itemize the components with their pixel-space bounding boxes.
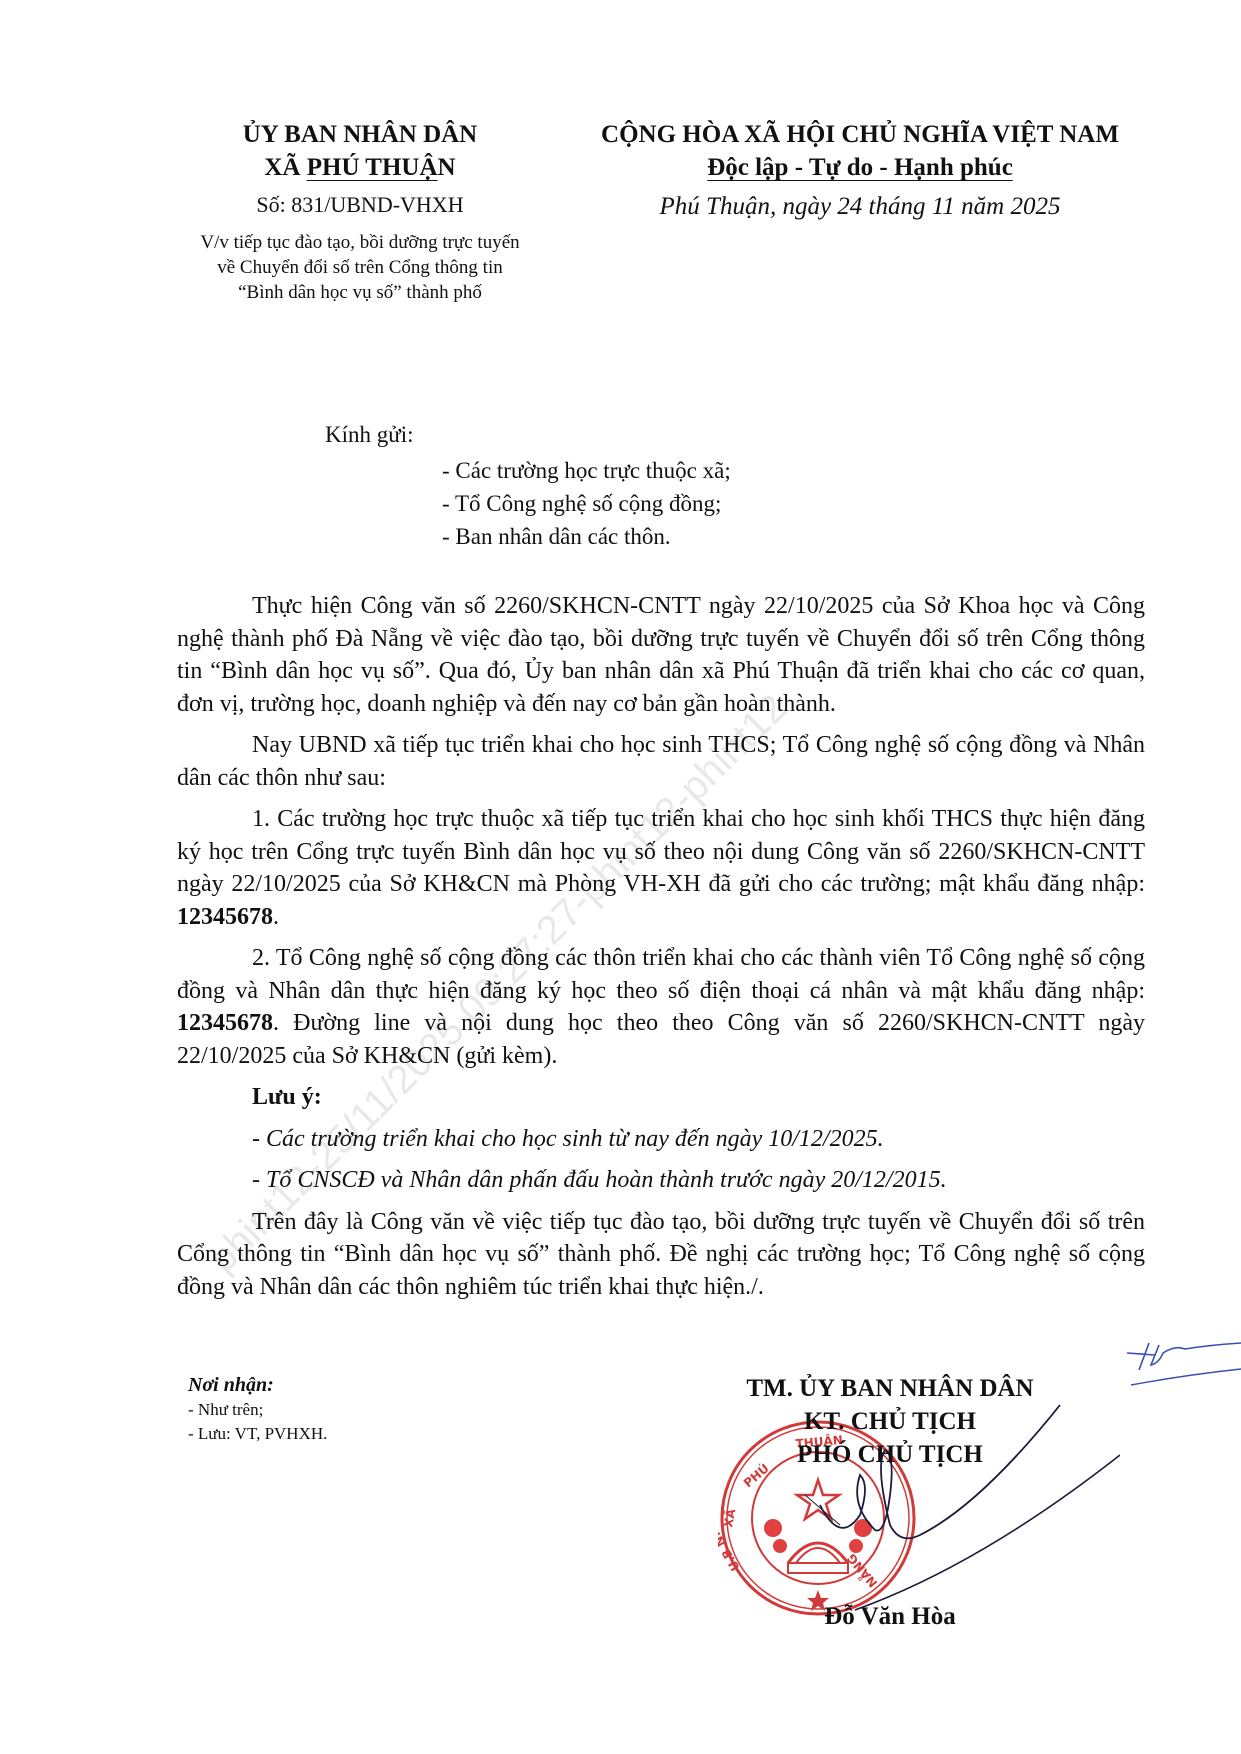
signature-block: TM. ỦY BAN NHÂN DÂN KT. CHỦ TỊCH PHÓ CHỦ… — [700, 1372, 1080, 1471]
nation-title: CỘNG HÒA XÃ HỘI CHỦ NGHĨA VIỆT NAM — [555, 118, 1165, 151]
password-value: 12345678 — [177, 904, 273, 930]
paragraph-intro: Thực hiện Công văn số 2260/SKHCN-CNTT ng… — [177, 590, 1145, 720]
document-page: phint12-25/11/2025 09:27:27-phint12-phin… — [0, 0, 1241, 1754]
sign-title: PHÓ CHỦ TỊCH — [700, 1438, 1080, 1471]
document-number: Số: 831/UBND-VHXH — [180, 190, 540, 220]
item-2-text: 2. Tổ Công nghệ số cộng đồng các thôn tr… — [177, 945, 1145, 1004]
item-1-text: 1. Các trường học trực thuộc xã tiếp tục… — [177, 806, 1145, 897]
org-line2-suffix: N — [438, 154, 456, 181]
paragraph-plan: Nay UBND xã tiếp tục triển khai cho học … — [177, 729, 1145, 794]
issuing-authority-block: ỦY BAN NHÂN DÂN XÃ PHÚ THUẬN Số: 831/UBN… — [180, 118, 540, 305]
org-name-line2: XÃ PHÚ THUẬN — [180, 151, 540, 184]
document-subject: V/v tiếp tục đào tạo, bồi dưỡng trực tuy… — [180, 230, 540, 305]
national-header-block: CỘNG HÒA XÃ HỘI CHỦ NGHĨA VIỆT NAM Độc l… — [555, 118, 1165, 224]
note-item: - Tổ CNSCĐ và Nhân dân phấn đấu hoàn thà… — [177, 1164, 1145, 1197]
org-name-line1: ỦY BAN NHÂN DÂN — [180, 118, 540, 151]
item-2-end: . Đường line và nội dung học theo theo C… — [177, 1010, 1145, 1069]
recipient-item: - Các trường học trực thuộc xã; — [442, 454, 731, 487]
paragraph-closing: Trên đây là Công văn về việc tiếp tục đà… — [177, 1206, 1145, 1304]
recipients-label: Kính gửi: — [325, 422, 414, 448]
distribution-item: - Lưu: VT, PVHXH. — [188, 1422, 327, 1446]
recipient-item: - Ban nhân dân các thôn. — [442, 520, 731, 553]
sign-authority: TM. ỦY BAN NHÂN DÂN — [700, 1372, 1080, 1405]
sign-on-behalf: KT. CHỦ TỊCH — [700, 1405, 1080, 1438]
recipients-list: - Các trường học trực thuộc xã; - Tổ Côn… — [442, 454, 731, 553]
org-line2-underlined: PHÚ THUẬ — [307, 154, 438, 181]
place-date: Phú Thuận, ngày 24 tháng 11 năm 2025 — [555, 190, 1165, 224]
distribution-list: Nơi nhận: - Như trên; - Lưu: VT, PVHXH. — [188, 1372, 327, 1446]
password-value: 12345678 — [177, 1010, 273, 1036]
note-item: - Các trường triển khai cho học sinh từ … — [177, 1123, 1145, 1156]
document-body: Thực hiện Công văn số 2260/SKHCN-CNTT ng… — [177, 590, 1145, 1312]
distribution-title: Nơi nhận: — [188, 1372, 327, 1398]
initials-mark-icon — [1125, 1335, 1241, 1395]
signer-name: Đỗ Văn Hòa — [700, 1603, 1080, 1631]
item-1-end: . — [273, 904, 279, 930]
paragraph-item-1: 1. Các trường học trực thuộc xã tiếp tục… — [177, 803, 1145, 933]
org-line2-prefix: XÃ — [264, 154, 306, 181]
distribution-item: - Như trên; — [188, 1398, 327, 1422]
recipient-item: - Tổ Công nghệ số cộng đồng; — [442, 487, 731, 520]
paragraph-item-2: 2. Tổ Công nghệ số cộng đồng các thôn tr… — [177, 942, 1145, 1072]
national-motto: Độc lập - Tự do - Hạnh phúc — [707, 154, 1013, 181]
note-title: Lưu ý: — [177, 1081, 1145, 1114]
